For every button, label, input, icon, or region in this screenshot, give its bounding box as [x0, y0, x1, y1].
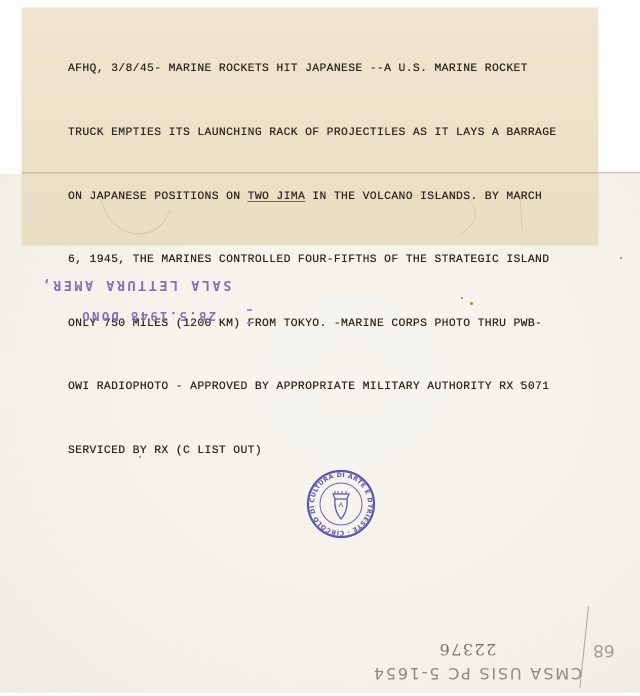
caption-line: TRUCK EMPTIES ITS LAUNCHING RACK OF PROJ…: [68, 123, 598, 144]
paper-speck: [520, 382, 522, 384]
paper-speck: [139, 456, 141, 458]
pencil-inventory-number: 22376: [438, 640, 496, 659]
stamp-dash-mark: [247, 309, 252, 311]
caption-line: 6, 1945, THE MARINES CONTROLLED FOUR-FIF…: [68, 250, 598, 271]
date-stamp: 28.5.1948 DONO: [80, 309, 216, 324]
caption-line-end: IN THE VOLCANO ISLANDS. BY MARCH: [305, 191, 542, 203]
pencil-page-mark: 68: [593, 640, 615, 660]
caption-line: OWI RADIOPHOTO - APPROVED BY APPROPRIATE…: [68, 377, 598, 398]
location-underlined: TWO JIMA: [248, 191, 305, 203]
arrowhead-emblem-icon: [333, 491, 349, 519]
pencil-reference-code: CMSA USIS PC 5-1654: [372, 664, 582, 683]
caption-line-start: ON JAPANESE POSITIONS ON: [68, 191, 248, 203]
paper-speck: [470, 302, 473, 305]
paper-speck: [461, 297, 463, 299]
caption-line: AFHQ, 3/8/45- MARINE ROCKETS HIT JAPANES…: [68, 59, 598, 80]
library-stamp: SALA LETTURA AMER,: [40, 277, 231, 293]
caption-line: ON JAPANESE POSITIONS ON TWO JIMA IN THE…: [68, 187, 598, 208]
paper-speck: [620, 257, 622, 259]
caption-text: AFHQ, 3/8/45- MARINE ROCKETS HIT JAPANES…: [68, 17, 598, 483]
circular-seal-stamp: TRIESTE · CIRCOLO DI CULTURA DI ARTE E D…: [306, 469, 376, 539]
stamp-dash-mark: [247, 322, 252, 324]
caption-line: SERVICED BY RX (C LIST OUT): [68, 441, 598, 462]
